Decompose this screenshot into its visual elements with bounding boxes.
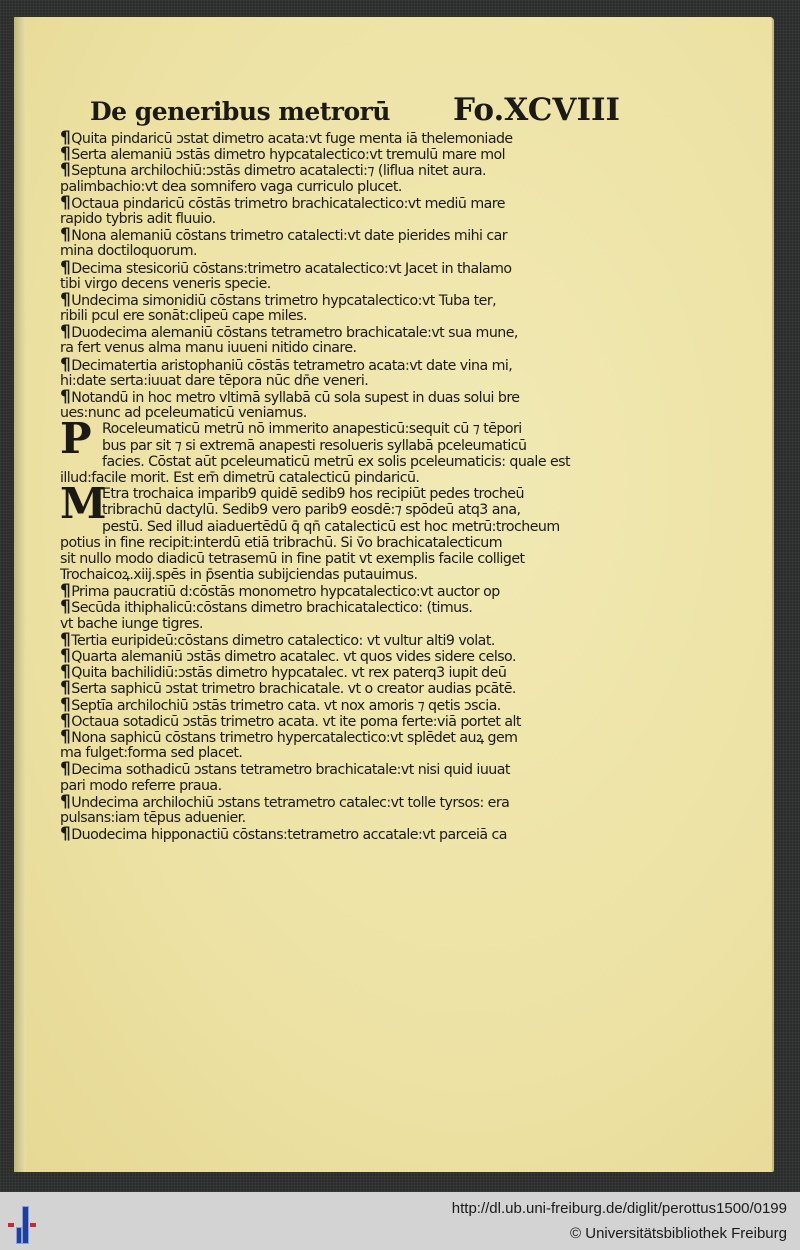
line-text: Octaua pindaricū cōstās trimetro brachic… bbox=[71, 196, 505, 211]
text-line: ues:nunc ad pceleumaticū veniamus. bbox=[60, 405, 620, 421]
line-text: hi:date serta:iuuat dare tēpora nūc dn̄e… bbox=[60, 373, 368, 389]
paragraph-proceleumatic: P Roceleumaticū metrū nō immerito anapes… bbox=[60, 421, 620, 486]
text-line: ¶Undecima archilochiū ɔstans tetrametro … bbox=[60, 794, 620, 810]
text-line: ra fert venus alma manu iuueni nitido ci… bbox=[60, 340, 620, 356]
text-line: ¶Octaua pindaricū cōstās trimetro brachi… bbox=[60, 195, 620, 211]
text-line: potius in fine recipit:interdū etiā trib… bbox=[60, 535, 620, 551]
text-line: Roceleumaticū metrū nō immerito anapesti… bbox=[102, 421, 620, 437]
text-line: pestū. Sed illud aiaduertēdū q̄ qn̄ cata… bbox=[102, 519, 620, 535]
text-line: ¶Decima sothadicū ɔstans tetrametro brac… bbox=[60, 761, 620, 777]
line-text: Serta saphicū ɔstat trimetro brachicatal… bbox=[71, 681, 516, 696]
text-line: ¶Decima stesicoriū cōstans:trimetro acat… bbox=[60, 260, 620, 276]
text-line: vt bache iunge tigres. bbox=[60, 616, 620, 632]
copyright-notice: © Universitätsbibliothek Freiburg bbox=[570, 1225, 787, 1242]
line-text: Duodecima hipponactiū cōstans:tetrametro… bbox=[71, 827, 507, 842]
pilcrow-icon: ¶ bbox=[60, 729, 70, 745]
text-line: bus par sit ⁊ si extremā anapesti resolu… bbox=[102, 438, 620, 454]
line-text: pulsans:iam tēpus aduenier. bbox=[60, 810, 246, 826]
line-text: Decimatertia aristophaniū cōstās tetrame… bbox=[71, 358, 512, 373]
pilcrow-icon: ¶ bbox=[60, 146, 70, 162]
line-text: Duodecima alemaniū cōstans tetrametro br… bbox=[71, 325, 518, 340]
text-line: ¶Serta alemaniū ɔstās dimetro hypcatalec… bbox=[60, 146, 620, 162]
pilcrow-icon: ¶ bbox=[60, 324, 70, 340]
pilcrow-icon: ¶ bbox=[60, 195, 70, 211]
paragraph-lines: Roceleumaticū metrū nō immerito anapesti… bbox=[60, 421, 620, 486]
page-header: De generibus metrorū Fo.XCVIII bbox=[60, 92, 620, 128]
line-text: Octaua sotadicū ɔstās trimetro acata. vt… bbox=[71, 714, 521, 729]
text-line: ¶Prima paucratiū d:cōstās monometro hypc… bbox=[60, 583, 620, 599]
line-text: Quita bachilidiū:ɔstās dimetro hypcatale… bbox=[71, 665, 506, 680]
page-gutter-shadow bbox=[14, 17, 26, 1172]
pilcrow-icon: ¶ bbox=[60, 227, 70, 243]
meter-list-1: ¶Quita pindaricū ɔstat dimetro acata:vt … bbox=[60, 130, 620, 421]
pilcrow-icon: ¶ bbox=[60, 260, 70, 276]
text-line: sit nullo modo diadicū tetrasemū in fine… bbox=[60, 551, 620, 567]
line-text: ma fulget:forma sed placet. bbox=[60, 745, 242, 761]
text-line: pulsans:iam tēpus aduenier. bbox=[60, 810, 620, 826]
text-line: ¶Octaua sotadicū ɔstās trimetro acata. v… bbox=[60, 713, 620, 729]
pilcrow-icon: ¶ bbox=[60, 713, 70, 729]
paragraph-lines: Etra trochaica imparib9 quidē sedib9 hos… bbox=[60, 486, 620, 583]
text-line: rapido tybris adit fluuio. bbox=[60, 211, 620, 227]
logo-red-dash bbox=[8, 1223, 14, 1227]
line-text: mina doctiloquorum. bbox=[60, 243, 197, 259]
meter-list-2: ¶Prima paucratiū d:cōstās monometro hypc… bbox=[60, 583, 620, 842]
line-text: Undecima simonidiū cōstans trimetro hypc… bbox=[71, 293, 496, 308]
text-line: hi:date serta:iuuat dare tēpora nūc dn̄e… bbox=[60, 373, 620, 389]
pilcrow-icon: ¶ bbox=[60, 632, 70, 648]
text-line: tribrachū dactylū. Sedib9 vero parib9 eo… bbox=[102, 502, 620, 518]
line-text: Secūda ithiphalicū:cōstans dimetro brach… bbox=[71, 600, 472, 615]
text-line: ¶Duodecima alemaniū cōstans tetrametro b… bbox=[60, 324, 620, 340]
line-text: Serta alemaniū ɔstās dimetro hypcatalect… bbox=[71, 147, 505, 162]
page-text-block: De generibus metrorū Fo.XCVIII ¶Quita pi… bbox=[60, 92, 620, 842]
text-line: facies. Cōstat aūt pceleumaticū metrū ex… bbox=[102, 454, 620, 470]
drop-initial-m: M bbox=[60, 487, 100, 521]
line-text: Nona saphicū cōstans trimetro hypercatal… bbox=[71, 730, 517, 745]
source-url[interactable]: http://dl.ub.uni-freiburg.de/diglit/pero… bbox=[452, 1200, 787, 1217]
text-line: ¶Quita bachilidiū:ɔstās dimetro hypcatal… bbox=[60, 664, 620, 680]
line-text: Septīa archilochiū ɔstās trimetro cata. … bbox=[71, 698, 500, 713]
ub-freiburg-logo-icon[interactable] bbox=[8, 1202, 36, 1242]
line-text: tibi virgo decens veneris specie. bbox=[60, 276, 271, 292]
text-line: ribili pcul ere sonāt:clipeū cape miles. bbox=[60, 308, 620, 324]
line-text: Quita pindaricū ɔstat dimetro acata:vt f… bbox=[71, 131, 512, 146]
text-line: ¶Undecima simonidiū cōstans trimetro hyp… bbox=[60, 292, 620, 308]
paragraph-trochaic: M Etra trochaica imparib9 quidē sedib9 h… bbox=[60, 486, 620, 583]
pilcrow-icon: ¶ bbox=[60, 761, 70, 777]
drop-initial-p: P bbox=[60, 422, 100, 456]
line-text: Septuna archilochiū:ɔstās dimetro acatal… bbox=[71, 163, 486, 178]
text-line: ¶Tertia euripideū:cōstans dimetro catale… bbox=[60, 632, 620, 648]
line-text: Undecima archilochiū ɔstans tetrametro c… bbox=[71, 795, 509, 810]
text-line: palimbachio:vt dea somnifero vaga curric… bbox=[60, 179, 620, 195]
pilcrow-icon: ¶ bbox=[60, 130, 70, 146]
footer-bar: http://dl.ub.uni-freiburg.de/diglit/pero… bbox=[0, 1192, 800, 1250]
text-line: ¶Quarta alemaniū ɔstās dimetro acatalec.… bbox=[60, 648, 620, 664]
text-line: ¶Septuna archilochiū:ɔstās dimetro acata… bbox=[60, 162, 620, 178]
text-line: ¶Duodecima hipponactiū cōstans:tetrametr… bbox=[60, 826, 620, 842]
line-text: Notandū in hoc metro vltimā syllabā cū s… bbox=[71, 390, 519, 405]
text-line: ¶Septīa archilochiū ɔstās trimetro cata.… bbox=[60, 697, 620, 713]
text-line: ¶Decimatertia aristophaniū cōstās tetram… bbox=[60, 357, 620, 373]
text-line: ¶Secūda ithiphalicū:cōstans dimetro brac… bbox=[60, 599, 620, 615]
text-line: ¶Notandū in hoc metro vltimā syllabā cū … bbox=[60, 389, 620, 405]
text-line: pari modo referre praua. bbox=[60, 778, 620, 794]
text-line: ¶Nona saphicū cōstans trimetro hypercata… bbox=[60, 729, 620, 745]
text-line: Etra trochaica imparib9 quidē sedib9 hos… bbox=[102, 486, 620, 502]
line-text: pari modo referre praua. bbox=[60, 778, 222, 794]
line-text: ues:nunc ad pceleumaticū veniamus. bbox=[60, 405, 307, 421]
line-text: Prima paucratiū d:cōstās monometro hypca… bbox=[71, 584, 499, 599]
line-text: vt bache iunge tigres. bbox=[60, 616, 203, 632]
pilcrow-icon: ¶ bbox=[60, 664, 70, 680]
text-line: tibi virgo decens veneris specie. bbox=[60, 276, 620, 292]
pilcrow-icon: ¶ bbox=[60, 162, 70, 178]
line-text: Quarta alemaniū ɔstās dimetro acatalec. … bbox=[71, 649, 516, 664]
text-line: illud:facile morit. Est em̄ dimetrū cata… bbox=[60, 470, 620, 486]
text-line: ma fulget:forma sed placet. bbox=[60, 745, 620, 761]
line-text: rapido tybris adit fluuio. bbox=[60, 211, 216, 227]
pilcrow-icon: ¶ bbox=[60, 599, 70, 615]
line-text: Decima stesicoriū cōstans:trimetro acata… bbox=[71, 261, 511, 276]
pilcrow-icon: ¶ bbox=[60, 648, 70, 664]
running-title: De generibus metrorū bbox=[90, 97, 390, 126]
pilcrow-icon: ¶ bbox=[60, 357, 70, 373]
line-text: ra fert venus alma manu iuueni nitido ci… bbox=[60, 340, 357, 356]
pilcrow-icon: ¶ bbox=[60, 680, 70, 696]
line-text: palimbachio:vt dea somnifero vaga curric… bbox=[60, 179, 402, 195]
text-line: ¶Nona alemaniū cōstans trimetro catalect… bbox=[60, 227, 620, 243]
text-line: Trochaicoꝝ.xiij.spēs in p̄sentia subijci… bbox=[60, 567, 620, 583]
pilcrow-icon: ¶ bbox=[60, 697, 70, 713]
line-text: Nona alemaniū cōstans trimetro catalecti… bbox=[71, 228, 507, 243]
pilcrow-icon: ¶ bbox=[60, 583, 70, 599]
text-line: mina doctiloquorum. bbox=[60, 243, 620, 259]
line-text: ribili pcul ere sonāt:clipeū cape miles. bbox=[60, 308, 307, 324]
text-line: ¶Serta saphicū ɔstat trimetro brachicata… bbox=[60, 680, 620, 696]
line-text: Decima sothadicū ɔstans tetrametro brach… bbox=[71, 762, 510, 777]
pilcrow-icon: ¶ bbox=[60, 389, 70, 405]
pilcrow-icon: ¶ bbox=[60, 794, 70, 810]
text-line: ¶Quita pindaricū ɔstat dimetro acata:vt … bbox=[60, 130, 620, 146]
line-text: Tertia euripideū:cōstans dimetro catalec… bbox=[71, 633, 495, 648]
pilcrow-icon: ¶ bbox=[60, 292, 70, 308]
logo-red-dash bbox=[30, 1223, 36, 1227]
folio-number: Fo.XCVIII bbox=[453, 92, 620, 128]
logo-blue-bar-tall bbox=[22, 1206, 29, 1244]
pilcrow-icon: ¶ bbox=[60, 826, 70, 842]
